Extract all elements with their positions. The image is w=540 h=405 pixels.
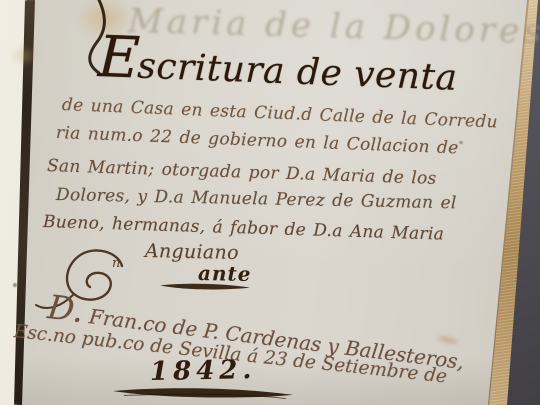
deed-title-rest: scritura de venta (137, 46, 459, 99)
paraph-superscript: n (112, 256, 120, 271)
deed-year: 1842. (150, 355, 257, 387)
beneficiary-surname: Anguiano (145, 240, 239, 264)
deed-body-line: Dolores, y D.a Manuela Perez de Guzman e… (56, 185, 457, 213)
deed-title-initial: E (97, 24, 139, 91)
manuscript-photo: Maria de la Dolores Escritura de venta d… (0, 0, 540, 405)
deed-body-line: San Martin; otorgada por D.a Maria de lo… (47, 156, 437, 189)
year-underline-flourish (110, 382, 299, 405)
handwritten-content: Maria de la Dolores Escritura de venta d… (0, 0, 540, 405)
deed-body-line: Bueno, hermanas, á fabor de D.a Ana Mari… (43, 212, 445, 245)
ante-underline-flourish (158, 280, 252, 293)
